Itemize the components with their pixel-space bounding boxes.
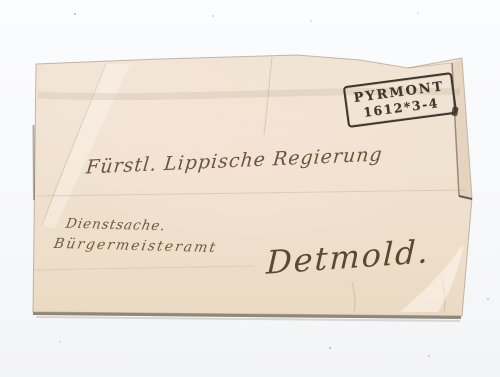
letter-paper [0, 0, 500, 377]
bottom-edge-shadow-soft [36, 317, 460, 321]
left-edge-sliver [34, 125, 35, 200]
sender-note-line1: Dienstsache. [65, 216, 168, 235]
letter-photo: PYRMONT 1612*3-4 Fürstl. Lippische Regie… [0, 0, 500, 377]
